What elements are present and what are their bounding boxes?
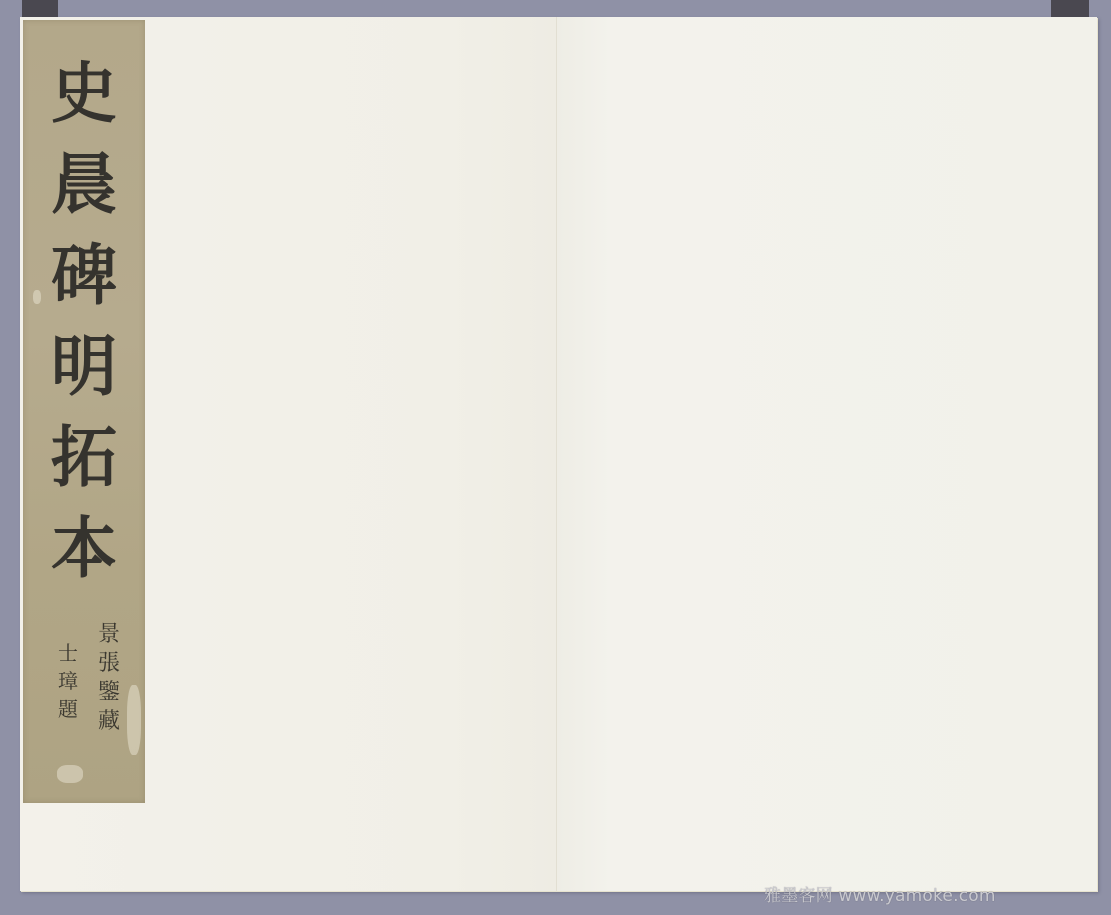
paper-stain (57, 765, 83, 783)
album-page-spread: 史 晨 碑 明 拓 本 景 張 鑒 藏 士 璋 題 (20, 17, 1097, 891)
watermark: 雅墨客网 www.yamoke.com (764, 881, 996, 906)
title-slip: 史 晨 碑 明 拓 本 景 張 鑒 藏 士 璋 題 (23, 20, 145, 803)
album-clip-right (1051, 0, 1089, 17)
title-char: 本 (51, 503, 117, 594)
inscription-char: 鑒 (98, 678, 120, 707)
author-inscription: 士 璋 題 (53, 639, 83, 723)
title-char: 晨 (51, 139, 117, 230)
title-char: 史 (51, 48, 117, 139)
center-fold (556, 17, 557, 891)
right-page (557, 17, 1097, 891)
inscription-char: 藏 (98, 707, 120, 736)
title-char: 拓 (51, 412, 117, 503)
title-char: 明 (51, 321, 117, 412)
inscription-char: 題 (58, 695, 78, 723)
inscription-char: 士 (58, 639, 78, 667)
inscription-char: 景 (98, 620, 120, 649)
inscription-char: 璋 (58, 667, 78, 695)
inscription-char: 張 (98, 649, 120, 678)
title-char: 碑 (51, 230, 117, 321)
collector-inscription: 景 張 鑒 藏 (91, 620, 127, 736)
album-clip-left (22, 0, 58, 17)
paper-stain (33, 290, 41, 304)
main-title: 史 晨 碑 明 拓 本 (23, 48, 145, 594)
paper-stain (127, 685, 141, 755)
